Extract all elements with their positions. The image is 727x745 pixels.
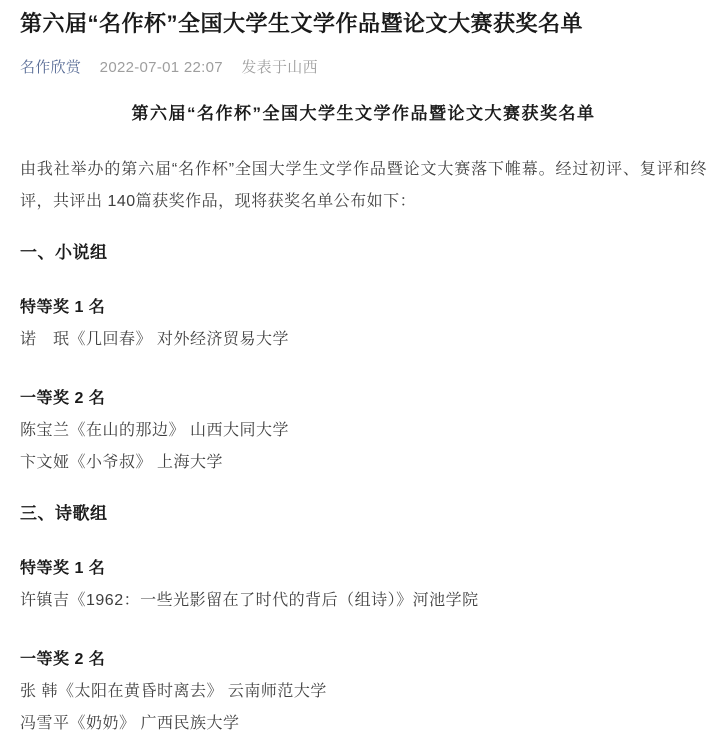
award-tier: 特等奖 1 名 xyxy=(20,292,707,324)
byline: 名作欣赏 2022-07-01 22:07 发表于山西 xyxy=(20,57,707,78)
award-sections: 一、小说组特等奖 1 名诺 珉《几回春》 对外经济贸易大学一等奖 2 名陈宝兰《… xyxy=(20,241,707,740)
section-title: 一、小说组 xyxy=(20,241,707,265)
article-page: 第六届“名作杯”全国大学生文学作品暨论文大赛获奖名单 名作欣赏 2022-07-… xyxy=(0,8,727,740)
award-entry: 卞文娅《小爷叔》 上海大学 xyxy=(20,447,707,479)
intro-paragraph: 由我社举办的第六届“名作杯”全国大学生文学作品暨论文大赛落下帷幕。经过初评、复评… xyxy=(20,154,707,218)
award-entry: 张 韩《太阳在黄昏时离去》 云南师范大学 xyxy=(20,676,707,708)
award-entry: 诺 珉《几回春》 对外经济贸易大学 xyxy=(20,324,707,356)
publish-location: 发表于山西 xyxy=(241,59,318,76)
award-entry: 许镇吉《1962：一些光影留在了时代的背后（组诗）》河池学院 xyxy=(20,585,707,617)
article-content: 第六届“名作杯”全国大学生文学作品暨论文大赛获奖名单 由我社举办的第六届“名作杯… xyxy=(20,102,707,740)
publish-datetime: 2022-07-01 22:07 xyxy=(100,59,223,76)
award-tier: 一等奖 2 名 xyxy=(20,383,707,415)
award-entry: 冯雪平《奶奶》 广西民族大学 xyxy=(20,708,707,740)
account-link[interactable]: 名作欣赏 xyxy=(20,59,81,76)
article-heading: 第六届“名作杯”全国大学生文学作品暨论文大赛获奖名单 xyxy=(20,102,707,126)
section-title: 三、诗歌组 xyxy=(20,502,707,526)
page-title: 第六届“名作杯”全国大学生文学作品暨论文大赛获奖名单 xyxy=(20,8,707,40)
award-entry: 陈宝兰《在山的那边》 山西大同大学 xyxy=(20,415,707,447)
award-tier: 特等奖 1 名 xyxy=(20,553,707,585)
award-tier: 一等奖 2 名 xyxy=(20,644,707,676)
